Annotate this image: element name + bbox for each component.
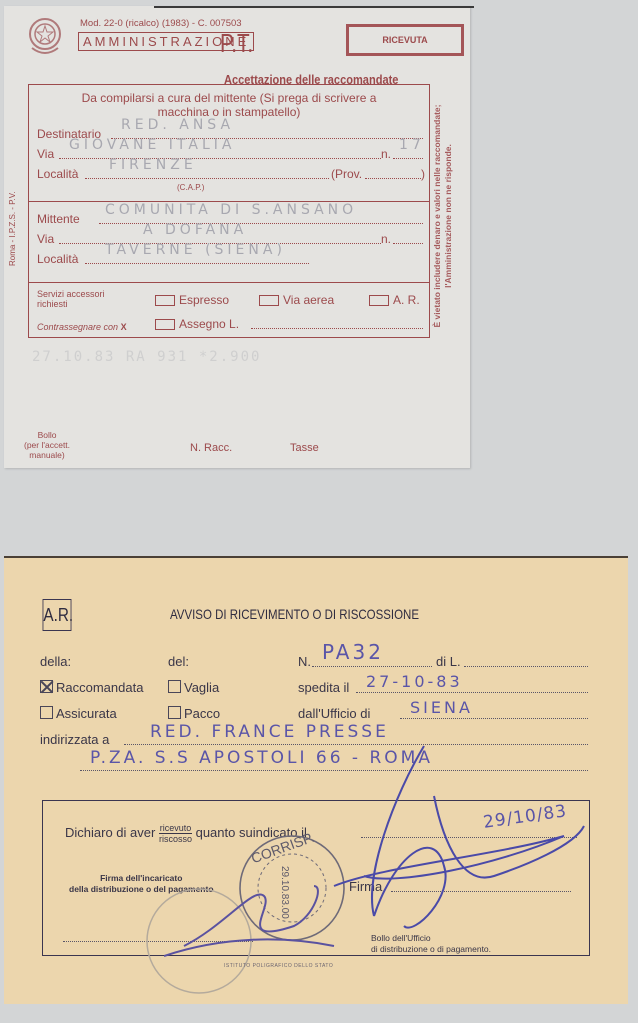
recipient-street-value[interactable]: GIOVANE ITALIA bbox=[69, 137, 235, 153]
addressed-label: indirizzata a bbox=[40, 732, 109, 747]
tasse-label: Tasse bbox=[290, 442, 319, 454]
checkbox-icon bbox=[168, 706, 181, 719]
form-box: Da compilarsi a cura del mittente (Si pr… bbox=[28, 84, 430, 338]
recipient-number-value[interactable]: 17 bbox=[399, 137, 425, 153]
della-label: della: bbox=[40, 654, 71, 669]
return-receipt-card: A.R. AVVISO DI RICEVIMENTO O DI RISCOSSI… bbox=[4, 556, 628, 1004]
scan-edge-line bbox=[154, 6, 474, 8]
card-edge-line bbox=[4, 556, 628, 558]
option-ar[interactable]: A. R. bbox=[369, 293, 420, 307]
pt-logo: P.T. bbox=[220, 28, 253, 59]
cap-label: (C.A.P.) bbox=[177, 183, 204, 192]
services-section: Servizi accessori richiesti Contrassegna… bbox=[29, 283, 429, 337]
del-label: del: bbox=[168, 654, 189, 669]
checkbox-icon bbox=[155, 295, 175, 306]
checked-box-icon bbox=[40, 680, 53, 693]
sender-locality-value[interactable]: TAVERNE (SIENA) bbox=[105, 242, 286, 258]
card-title: AVVISO DI RICEVIMENTO O DI RISCOSSIONE bbox=[170, 606, 419, 622]
model-code: Mod. 22-0 (ricalco) (1983) - C. 007503 bbox=[80, 18, 242, 29]
sender-street-value[interactable]: A DOFANA bbox=[143, 222, 247, 238]
checkbox-icon bbox=[155, 319, 175, 330]
recipient-street-row: Via GIOVANE ITALIA n. 17 bbox=[29, 143, 429, 163]
acceptance-receipt: Mod. 22-0 (ricalco) (1983) - C. 007503 A… bbox=[4, 6, 470, 468]
checkbox-icon bbox=[369, 295, 389, 306]
checkbox-pacco[interactable]: Pacco bbox=[168, 706, 220, 721]
n-value[interactable]: PA32 bbox=[322, 640, 384, 664]
ar-badge: A.R. bbox=[43, 599, 72, 631]
checkbox-icon bbox=[168, 680, 181, 693]
sent-label: spedita il bbox=[298, 680, 349, 695]
checkbox-vaglia[interactable]: Vaglia bbox=[168, 680, 219, 695]
n-racc-label: N. Racc. bbox=[190, 442, 232, 454]
carbon-imprint: 27.10.83 RA 931 *2.900 bbox=[32, 349, 261, 365]
checkbox-icon bbox=[259, 295, 279, 306]
sender-value[interactable]: COMUNITA DI S.ANSANO bbox=[105, 202, 357, 218]
office-label: dall'Ufficio di bbox=[298, 706, 370, 721]
office-value[interactable]: SIENA bbox=[410, 698, 473, 717]
checkbox-icon bbox=[40, 706, 53, 719]
mark-hint: Contrassegnare con X bbox=[37, 322, 127, 332]
n-label: N. bbox=[298, 654, 311, 669]
sent-date-value[interactable]: 27-10-83 bbox=[366, 672, 463, 691]
printer-mark: Roma - I.P.Z.S. - P.V. bbox=[8, 176, 24, 266]
sender-section: Mittente COMUNITA DI S.ANSANO Via A DOFA… bbox=[29, 208, 429, 283]
instructions: Da compilarsi a cura del mittente (Si pr… bbox=[29, 85, 429, 119]
checkbox-assicurata[interactable]: Assicurata bbox=[40, 706, 117, 721]
sender-locality-row: Località TAVERNE (SIENA) bbox=[29, 248, 429, 268]
checkbox-raccomandata[interactable]: Raccomandata bbox=[40, 680, 143, 695]
services-label: Servizi accessori richiesti bbox=[37, 289, 117, 309]
option-assegno[interactable]: Assegno L. bbox=[155, 317, 239, 331]
receipt-label-box: RICEVUTA bbox=[346, 24, 464, 56]
recipient-value[interactable]: RED. ANSA bbox=[121, 117, 234, 133]
option-via-aerea[interactable]: Via aerea bbox=[259, 293, 334, 307]
di-l-label: di L. bbox=[436, 654, 461, 669]
republic-emblem-icon bbox=[26, 14, 64, 58]
signature-scribble-icon bbox=[164, 736, 604, 966]
option-espresso[interactable]: Espresso bbox=[155, 293, 229, 307]
side-notice: È vietato includere denaro e valori nell… bbox=[432, 86, 462, 346]
recipient-locality-value[interactable]: FIRENZE bbox=[109, 157, 197, 173]
recipient-locality-row: Località FIRENZE (Prov. ) (C.A.P.) bbox=[29, 163, 429, 183]
bollo-label: Bollo (per l'accett. manuale) bbox=[24, 430, 70, 460]
recipient-section: Da compilarsi a cura del mittente (Si pr… bbox=[29, 85, 429, 202]
printer-credit: ISTITUTO POLIGRAFICO DELLO STATO bbox=[224, 963, 333, 969]
